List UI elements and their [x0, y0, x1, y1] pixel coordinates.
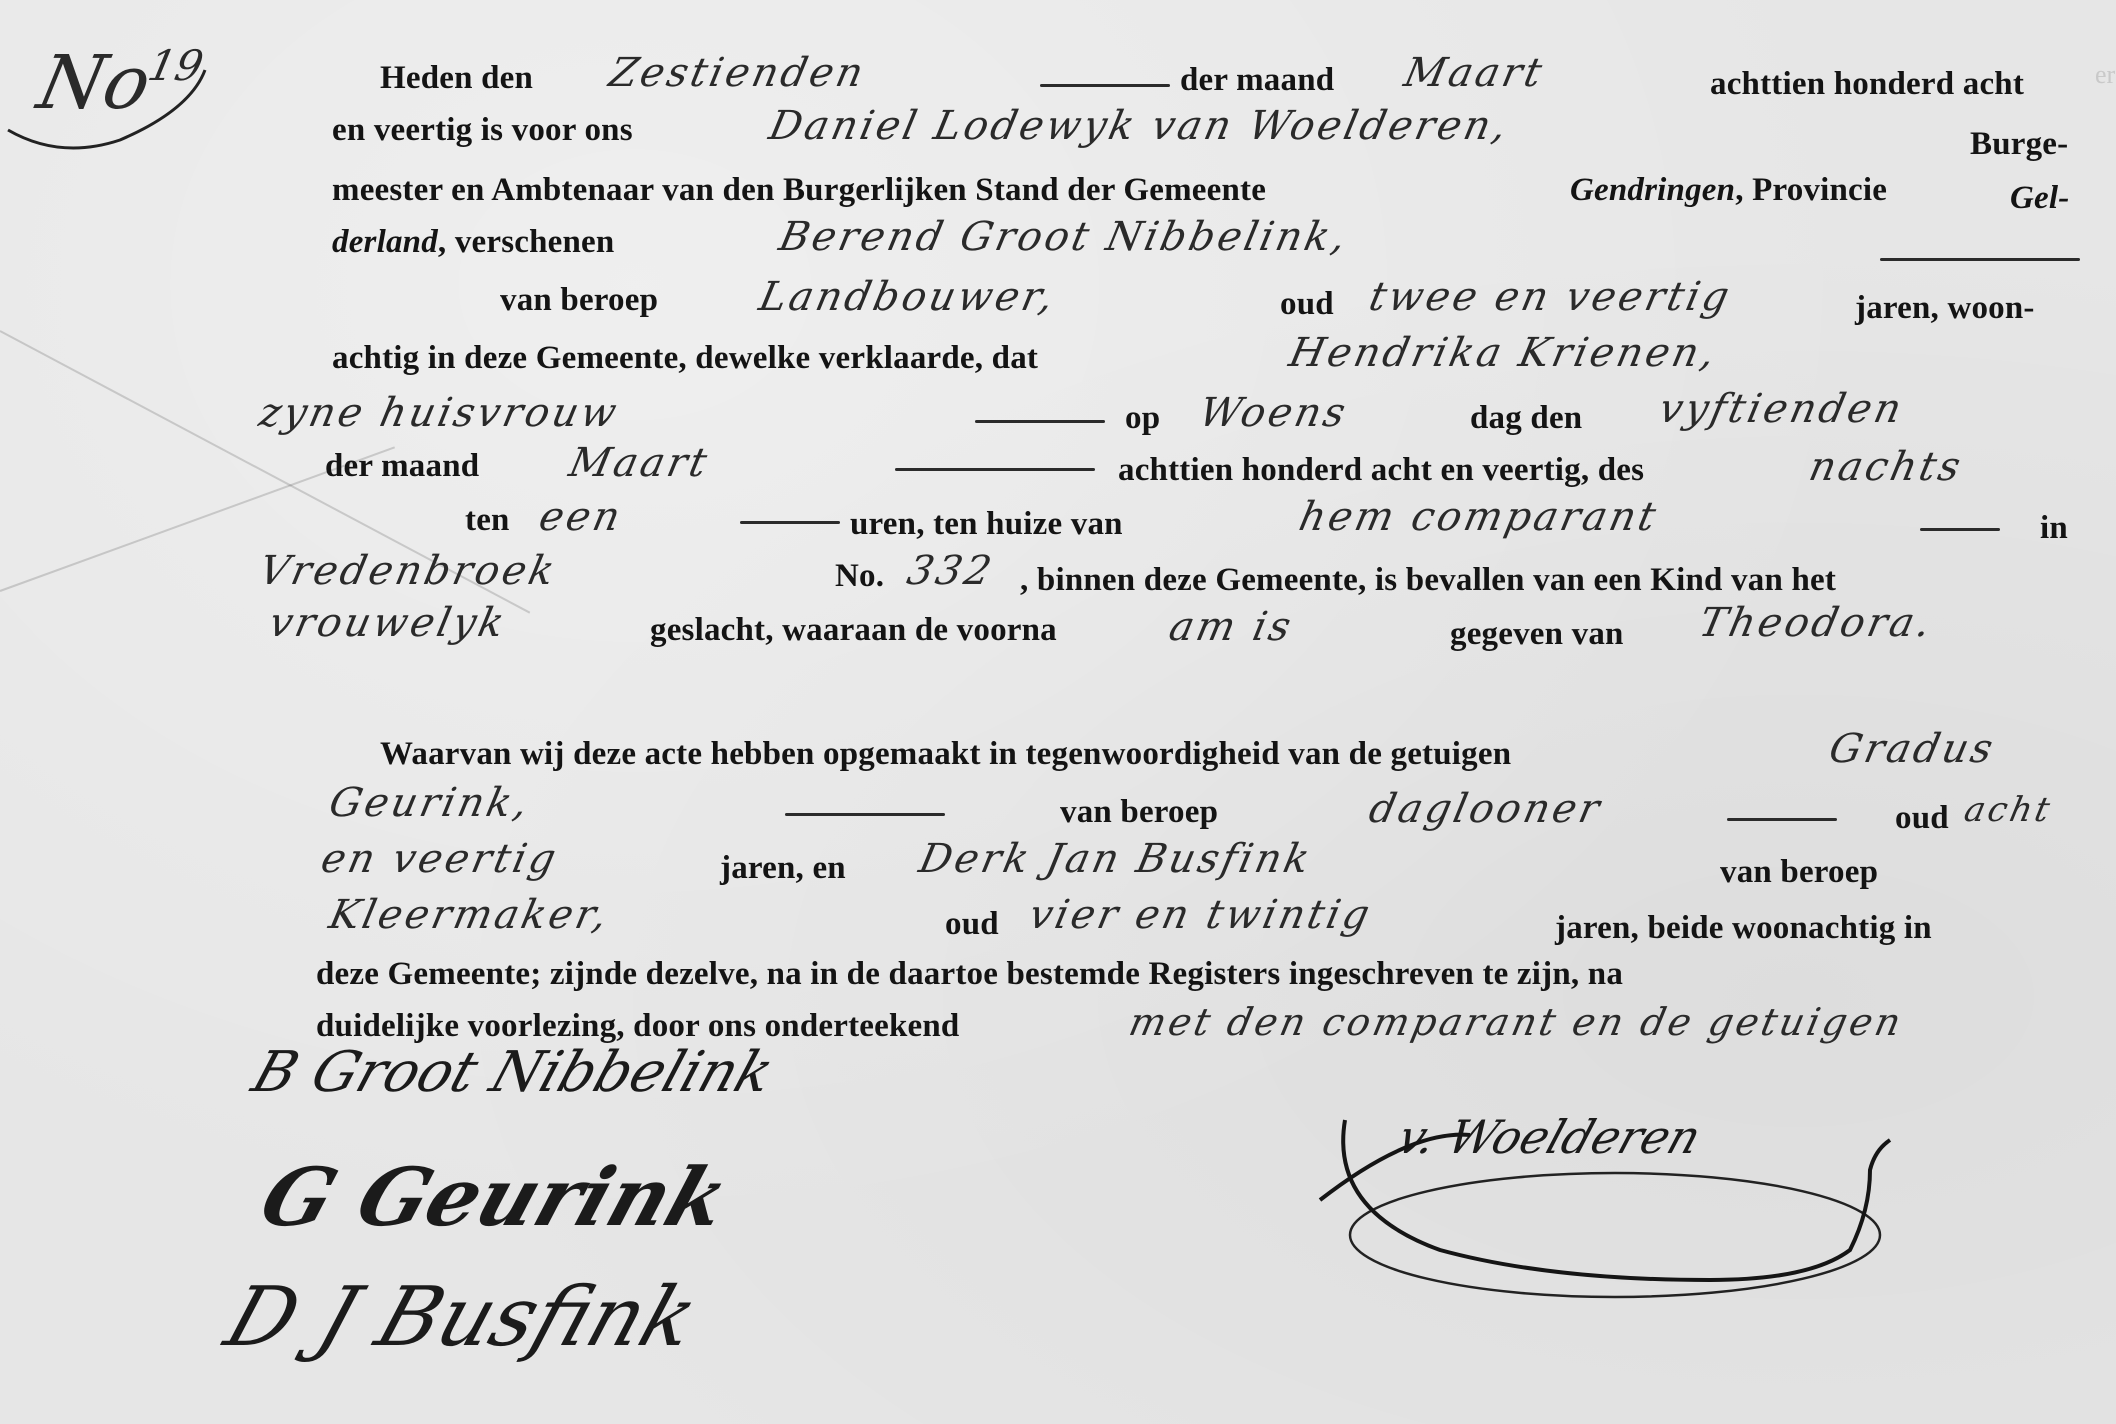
- printed-text: jaren, woon-: [1855, 290, 2035, 326]
- handwritten-mother-name: Hendrika Krienen,: [1285, 330, 1722, 376]
- printed-text: en veertig is voor ons: [332, 112, 633, 148]
- fill-dash: [785, 813, 945, 816]
- fill-dash: [1920, 528, 2000, 531]
- printed-text: , binnen deze Gemeente, is bevallen van …: [1020, 562, 1836, 598]
- handwritten-weekday: Woens: [1195, 390, 1352, 436]
- printed-text: dag den: [1470, 400, 1582, 436]
- printed-text: in: [2040, 510, 2068, 546]
- handwritten-house-of: hem comparant: [1295, 494, 1663, 540]
- printed-text: achtig in deze Gemeente, dewelke verklaa…: [332, 340, 1038, 376]
- record-number-flourish: [0, 60, 220, 160]
- printed-text: , verschenen: [438, 224, 615, 260]
- printed-text: op: [1125, 400, 1160, 436]
- signature-declarant: B Groot Nibbelink: [244, 1040, 781, 1105]
- handwritten-witness-1-last: Geurink,: [325, 780, 535, 826]
- handwritten-witness-1-occupation: daglooner: [1365, 786, 1606, 832]
- printed-text: jaren, beide woonachtig in: [1555, 910, 1932, 946]
- handwritten-witness-2-age: vier en twintig: [1025, 892, 1376, 938]
- handwritten-sex: vrouwelyk: [265, 600, 511, 646]
- handwritten-house-number: 332: [903, 548, 998, 594]
- handwritten-day: Zestienden: [605, 50, 870, 96]
- handwritten-signing-note: met den comparant en de getuigen: [1125, 1000, 1907, 1044]
- handwritten-birth-day: vyftienden: [1655, 386, 1908, 432]
- printed-text: der maand: [325, 448, 479, 484]
- fill-dash: [1040, 84, 1170, 87]
- fill-dash: [1880, 258, 2080, 261]
- p1-line-1: Heden den: [380, 60, 533, 97]
- printed-text: van beroep: [1060, 794, 1218, 830]
- handwritten-declarant-name: Berend Groot Nibbelink,: [775, 214, 1353, 260]
- signature-witness-2: D J Busfink: [215, 1270, 709, 1365]
- printed-text: Burge-: [1970, 126, 2068, 162]
- printed-text: geslacht, waaraan de voorna: [650, 612, 1057, 648]
- printed-text: van beroep: [500, 282, 658, 318]
- handwritten-relation: zyne huisvrouw: [255, 390, 623, 436]
- signature-witness-1: G Geurink: [250, 1150, 740, 1244]
- fill-dash: [975, 420, 1105, 423]
- handwritten-occupation: Landbouwer,: [755, 274, 1060, 320]
- bleed-through-text: erd acht: [2095, 60, 2116, 90]
- handwritten-hour: een: [535, 494, 627, 540]
- printed-province: derland: [332, 224, 438, 260]
- handwritten-witness-2-name: Derk Jan Busfink: [915, 836, 1316, 882]
- handwritten-witness-2-occupation: Kleermaker,: [325, 892, 614, 938]
- handwritten-birth-month: Maart: [565, 440, 714, 486]
- handwritten-official-name: Daniel Lodewyk van Woelderen,: [765, 103, 1514, 149]
- handwritten-time-of-day: nachts: [1805, 444, 1967, 490]
- printed-text: achttien honderd acht: [1710, 66, 2024, 102]
- printed-text: Waarvan wij deze acte hebben opgemaakt i…: [380, 736, 1511, 772]
- printed-text: oud: [1895, 800, 1949, 836]
- handwritten-age: twee en veertig: [1365, 274, 1736, 320]
- handwritten-witness-1-age: en veertig: [317, 836, 562, 882]
- fill-dash: [1727, 818, 1837, 821]
- handwritten-place: Vredenbroek: [255, 548, 561, 594]
- printed-text: van beroep: [1720, 854, 1878, 890]
- printed-text: , Provincie: [1735, 172, 1887, 208]
- printed-text: ten: [465, 502, 510, 538]
- printed-text: No.: [835, 558, 884, 594]
- handwritten-child-name: Theodora.: [1695, 600, 1937, 646]
- printed-text: duidelijke voorlezing, door ons ondertee…: [316, 1008, 959, 1044]
- printed-text: deze Gemeente; zijnde dezelve, na in de …: [316, 956, 1623, 992]
- printed-text: Heden den: [380, 60, 533, 96]
- printed-text: achttien honderd acht en veertig, des: [1118, 452, 1644, 488]
- handwritten-witness-1-age: acht: [1961, 790, 2056, 830]
- printed-text: gegeven van: [1450, 616, 1624, 652]
- scanned-document: No19 Heden den Zestienden der maand Maar…: [0, 0, 2116, 1424]
- handwritten-witness-1-first: Gradus: [1825, 726, 2000, 772]
- fill-dash: [740, 521, 840, 524]
- printed-text: oud: [1280, 286, 1334, 322]
- handwritten-month: Maart: [1400, 50, 1549, 96]
- printed-text: meester en Ambtenaar van den Burgerlijke…: [332, 172, 1266, 208]
- fill-dash: [895, 468, 1095, 471]
- printed-text: oud: [945, 906, 999, 942]
- printed-text: der maand: [1180, 62, 1334, 98]
- printed-municipality: Gendringen: [1570, 172, 1735, 208]
- printed-text: jaren, en: [720, 850, 846, 886]
- official-signature-flourish: [1290, 1090, 1930, 1330]
- printed-province: Gel-: [2010, 180, 2069, 216]
- handwritten-text: am is: [1165, 604, 1298, 650]
- printed-text: uren, ten huize van: [850, 506, 1123, 542]
